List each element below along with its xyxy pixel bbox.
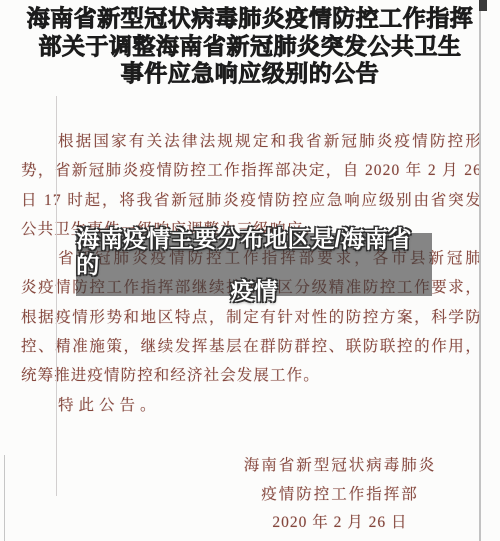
scan-edge-line-right xyxy=(479,0,481,541)
announcement-document: 海南省新型冠状病毒肺炎疫情防控工作指挥 部关于调整海南省新冠肺炎突发公共卫生 事… xyxy=(0,0,500,541)
signature-org-line-1: 海南省新型冠状病毒肺炎 xyxy=(215,452,465,481)
signature-date: 2020 年 2 月 26 日 xyxy=(215,509,465,538)
document-title: 海南省新型冠状病毒肺炎疫情防控工作指挥 部关于调整海南省新冠肺炎突发公共卫生 事… xyxy=(8,5,492,88)
body-line: 控、精准施策，继续发挥基层在群防群控、联防联控的作用， xyxy=(21,332,482,361)
body-line: 势，省新冠肺炎疫情防控工作指挥部决定，自 2020 年 2 月 26 xyxy=(21,156,482,185)
scan-fold-line-left xyxy=(56,96,57,496)
document-title-line-1: 海南省新型冠状病毒肺炎疫情防控工作指挥 xyxy=(8,5,492,33)
body-line: 统筹推进疫情防控和经济社会发展工作。 xyxy=(21,361,482,390)
scan-edge-line-bottom-left xyxy=(4,455,5,541)
caption-line-1: 海南疫情主要分布地区是/海南省的 xyxy=(76,226,432,278)
caption-line-2: 疫情 xyxy=(231,278,278,304)
document-title-line-3: 事件应急响应级别的公告 xyxy=(8,60,492,88)
signature-block: 海南省新型冠状病毒肺炎 疫情防控工作指挥部 2020 年 2 月 26 日 xyxy=(215,452,465,538)
body-line: 根据疫情形势和地区特点，制定有针对性的防控方案，科学防 xyxy=(21,303,482,332)
body-line-closing: 特此公告。 xyxy=(21,391,482,420)
caption-overlay: 海南疫情主要分布地区是/海南省的 疫情 xyxy=(76,233,432,296)
signature-org-line-2: 疫情防控工作指挥部 xyxy=(215,481,465,510)
body-line: 根据国家有关法律法规规定和我省新冠肺炎疫情防控形 xyxy=(21,127,482,156)
scan-corner-mark xyxy=(479,0,487,11)
document-title-line-2: 部关于调整海南省新冠肺炎突发公共卫生 xyxy=(8,33,492,61)
body-line: 日 17 时起，将我省新冠肺炎疫情防控应急响应级别由省突发 xyxy=(21,186,482,215)
